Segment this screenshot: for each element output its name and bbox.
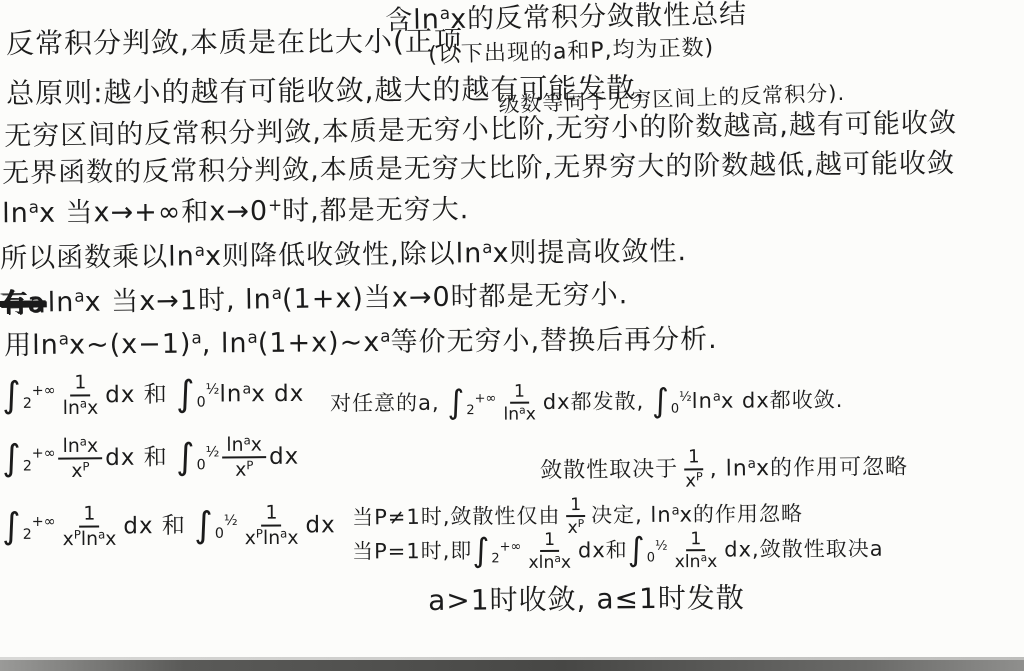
note-multiply-divide: 所以函数乘以lnax则降低收敛性,除以lnax则提高收敛性. [0, 235, 687, 276]
note-unbounded-function: 无界函数的反常积分判敛,本质是无穷大比阶,无界穷大的阶数越低,越可能收敛 [2, 147, 955, 191]
page-subtitle: (以下出现的a和P,均为正数) [428, 35, 715, 70]
handwritten-notes-page: 含lnax的反常积分敛散性总结 (以下出现的a和P,均为正数) 反常积分判敛,本… [0, 0, 1024, 671]
formula-one-over-xp-ln-integrals: ∫2+∞1xPlnaxdx 和 ∫0½1xPlnaxdx [2, 503, 336, 550]
formula-ln-only-integrals: ∫2+∞1lnaxdx 和 ∫0½lnax dx [2, 372, 304, 419]
formula-ln-over-xp-integrals: ∫2+∞lnaxxPdx 和 ∫0½lnaxxPdx [2, 434, 299, 483]
note-ln-only-result: 对任意的a, ∫2+∞1lnaxdx都发散, ∫0½lnax dx都收敛. [330, 380, 844, 425]
note-p-equal-1: 当P=1时,即∫2+∞1xlnaxdx和∫0½1xlnaxdx,敛散性取决a [352, 529, 884, 573]
note-equivalent-infinitesimal: 用lnax∼(x−1)a, lna(1+x)∼xa等价无穷小,替换后再分析. [4, 323, 718, 363]
scan-edge-shadow [0, 660, 1024, 671]
note-ln-over-xp-result: 敛散性取决于1xP, lnax的作用可忽略 [540, 446, 908, 493]
note-ln-infinitesimal-text: lnax 当x→1时, lna(1+x)当x→0时都是无穷小. [48, 279, 629, 318]
note-intro-line: 反常积分判敛,本质是在比大小(正项 [6, 24, 463, 61]
scratched-out-text: 有a [0, 288, 46, 320]
note-ln-infinitesimal: 有alnax 当x→1时, lna(1+x)当x→0时都是无穷小. [0, 278, 628, 321]
note-ln-infinity: lnax 当x→+∞和x→0+时,都是无穷大. [2, 193, 469, 231]
note-conclusion: a>1时收敛, a≤1时发散 [428, 580, 745, 618]
note-infinite-interval: 无穷区间的反常积分判敛,本质是无穷小比阶,无穷小的阶数越高,越有可能收敛 [4, 107, 957, 154]
